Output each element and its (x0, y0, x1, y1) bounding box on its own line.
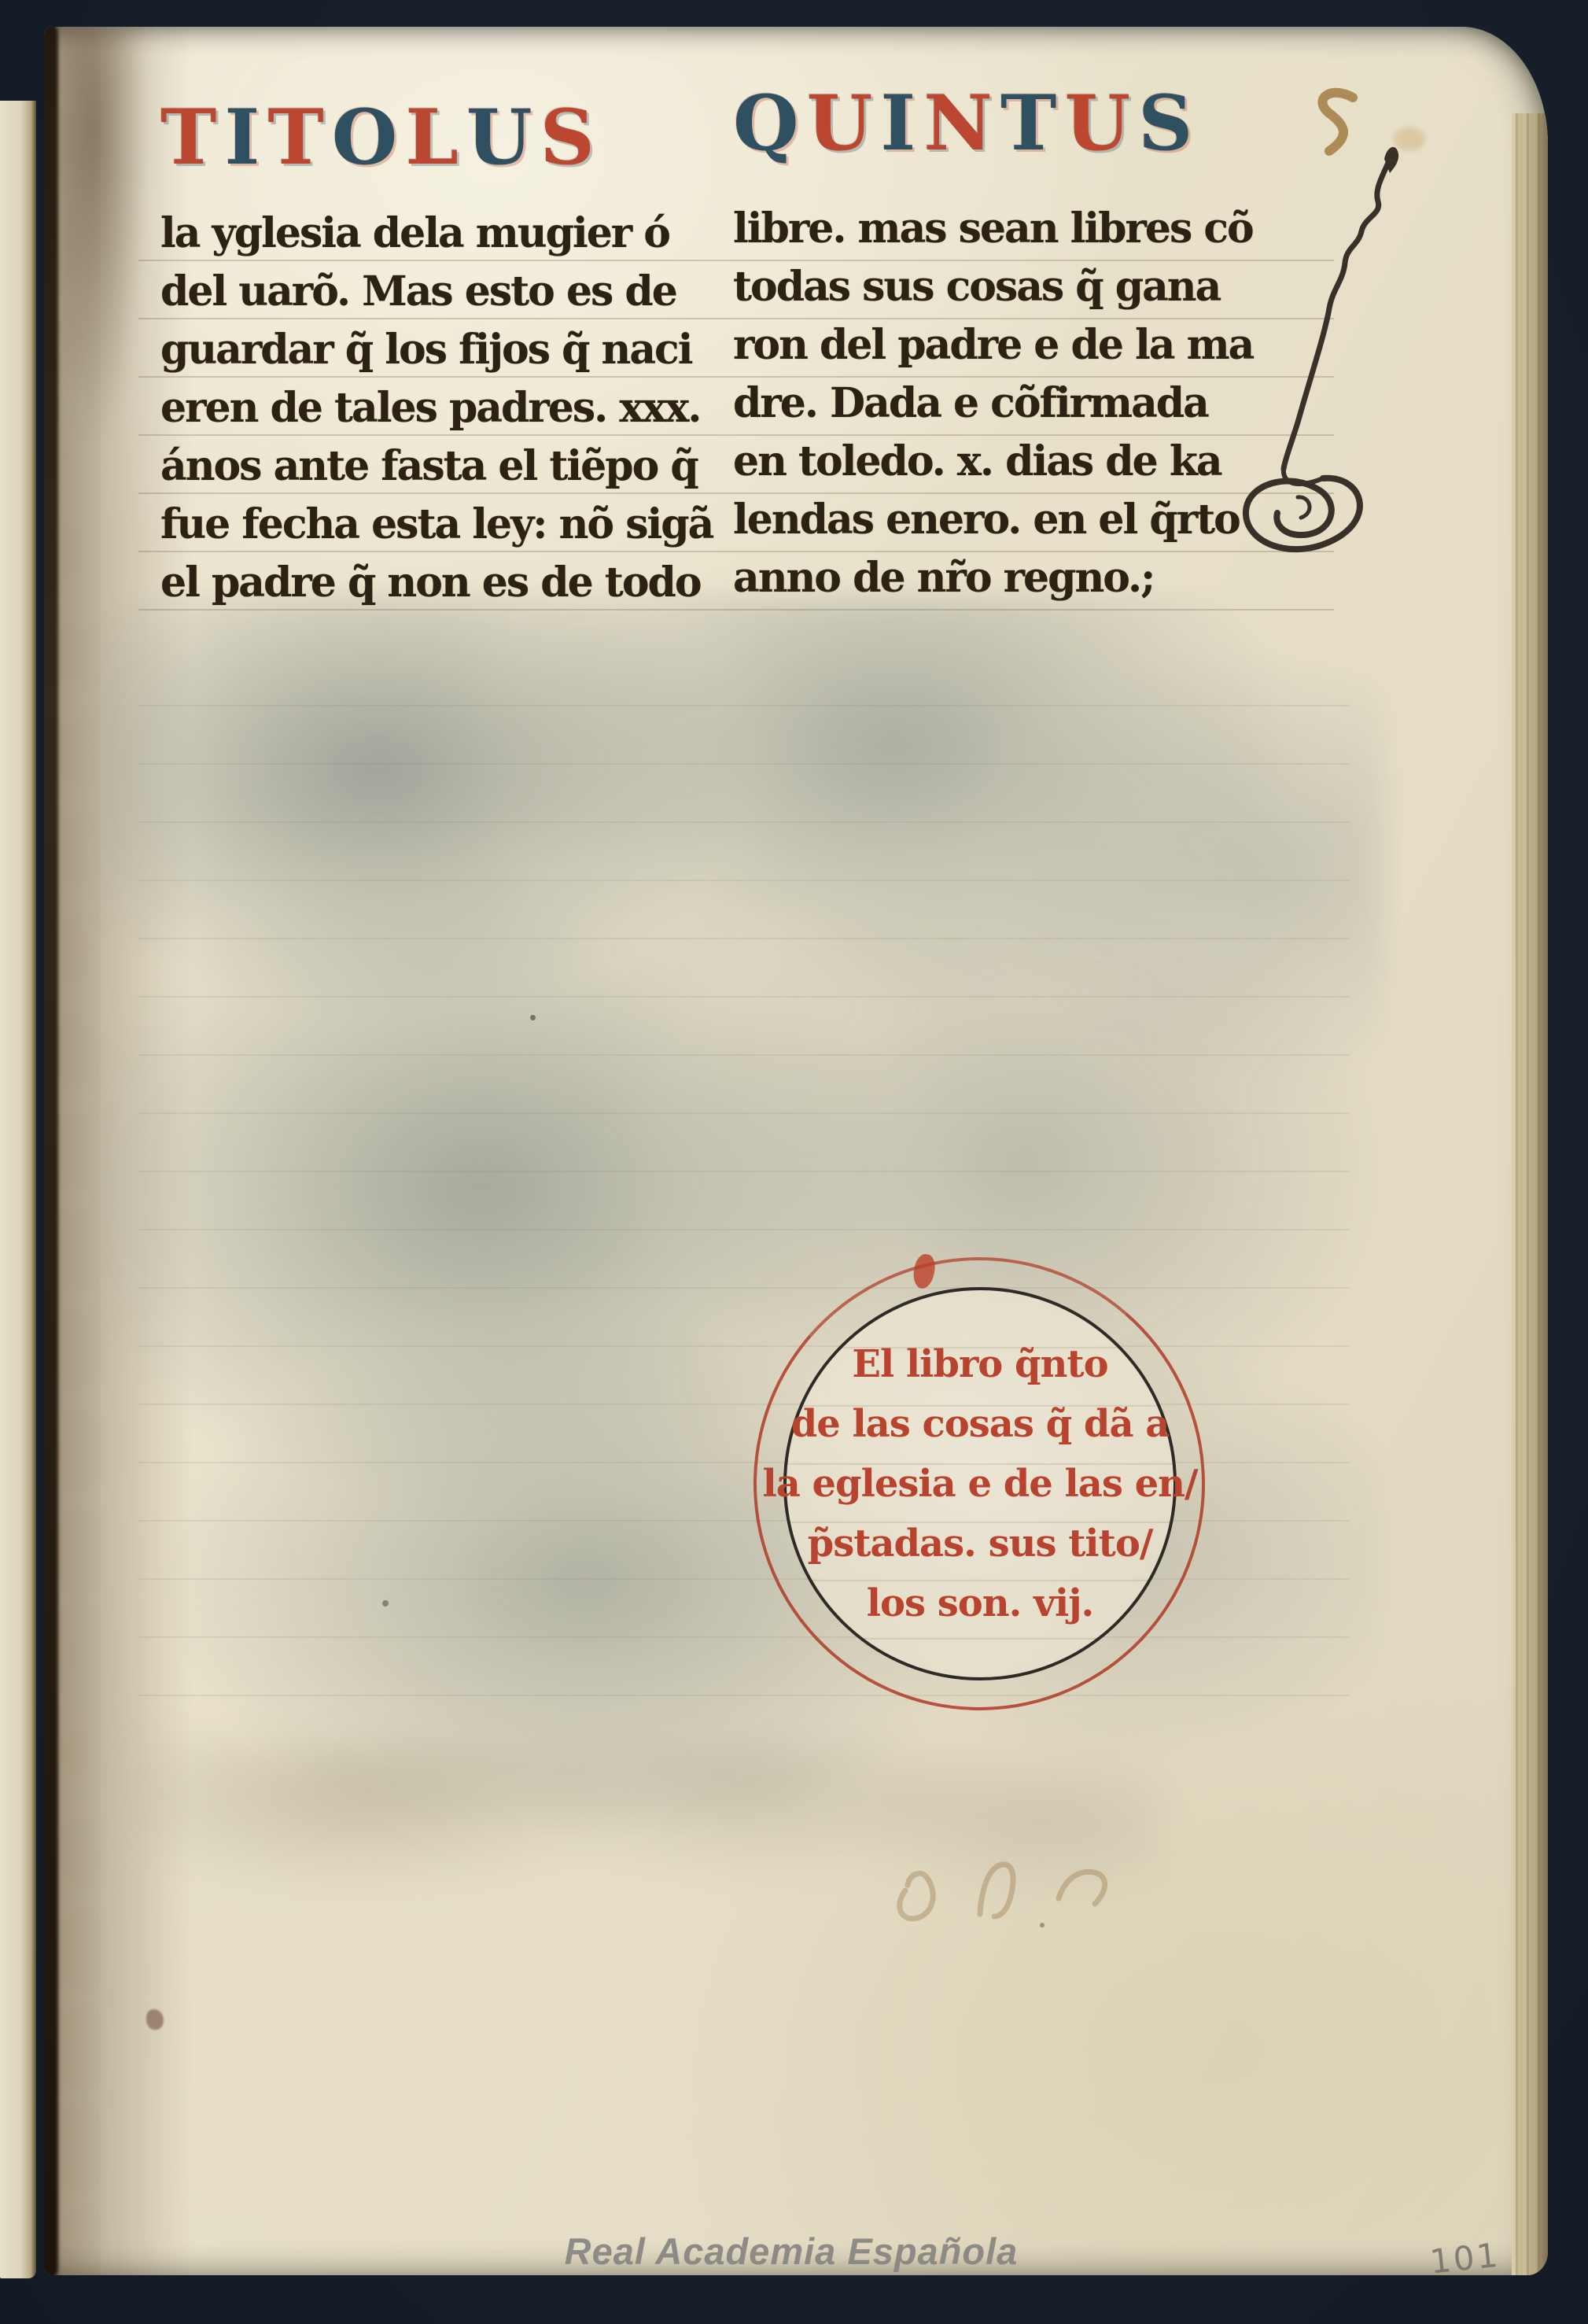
folio-number: 101 (1428, 2235, 1502, 2275)
manuscript-line: ron del padre e de la ma (733, 316, 1253, 374)
decorated-capital: I (880, 79, 923, 168)
decorated-capital: N (923, 79, 1000, 168)
manuscript-line: de las cosas q̃ dã a (762, 1394, 1197, 1454)
pen-flourish-mark (1222, 66, 1474, 585)
manuscript-line: los son. vij. (762, 1573, 1197, 1633)
library-watermark: Real Academia Española (469, 2230, 1114, 2273)
manuscript-line: guardar q̃ los fijos q̃ naci (160, 321, 713, 379)
faint-doodle (862, 1832, 1177, 1950)
gray-wash-stain (94, 598, 1384, 1825)
running-title-left: TITOLUS (160, 93, 602, 182)
manuscript-line: libre. mas sean libres cõ (733, 200, 1253, 258)
decorated-capital: S (1138, 79, 1200, 168)
decorated-capital: T (1000, 79, 1064, 168)
manuscript-line: lendas enero. en el q̃rto (733, 491, 1253, 549)
decorated-capital: L (405, 93, 466, 182)
gray-wash-fade (138, 1742, 1161, 2001)
page-edge-stack (1512, 113, 1548, 2275)
emblem-rubric-text: El libro q̃ntode las cosas q̃ dã ala egl… (762, 1334, 1197, 1633)
text-column-right: libre. mas sean libres cõtodas sus cosas… (733, 200, 1253, 607)
decorated-capital: I (224, 93, 267, 182)
manuscript-photo: TITOLUS QUINTUS la yglesia dela mugier ó… (0, 0, 1588, 2324)
quire-signature-mark (1301, 83, 1376, 165)
ink-speck (530, 1015, 536, 1020)
ink-speck (382, 1600, 389, 1607)
manuscript-line: en toledo. x. dias de ka (733, 433, 1253, 491)
facing-page-edge (0, 101, 36, 2278)
manuscript-line: del uarõ. Mas esto es de (160, 263, 713, 321)
manuscript-line: fue fecha esta ley: nõ sigã (160, 496, 713, 554)
decorated-capital: O (332, 93, 406, 182)
manuscript-line: todas sus cosas q̃ gana (733, 258, 1253, 316)
decorated-capital: U (807, 79, 881, 168)
parchment-stain-spot (1394, 127, 1425, 151)
parchment-page: TITOLUS QUINTUS la yglesia dela mugier ó… (44, 27, 1548, 2275)
manuscript-line: dre. Dada e cõfirmada (733, 374, 1253, 433)
decorated-capital: Q (733, 79, 807, 168)
manuscript-line: ános ante fasta el tiẽpo q̃ (160, 437, 713, 496)
decorated-capital: S (540, 93, 602, 182)
decorated-capital: T (267, 93, 331, 182)
binding-crease (44, 27, 58, 2275)
decorated-capital: U (466, 93, 540, 182)
manuscript-line: la eglesia e de las en/ (762, 1454, 1197, 1514)
manuscript-line: la yglesia dela mugier ó (160, 205, 713, 263)
manuscript-line: p̃stadas. sus tito/ (762, 1514, 1197, 1573)
emblem-inner-black-circle: El libro q̃ntode las cosas q̃ dã ala egl… (783, 1287, 1177, 1680)
decorated-capital: U (1064, 79, 1138, 168)
text-column-left: la yglesia dela mugier ódel uarõ. Mas es… (160, 205, 713, 612)
running-title-right: QUINTUS (733, 79, 1200, 168)
manuscript-line: El libro q̃nto (762, 1334, 1197, 1394)
manuscript-line: eren de tales padres. xxx. (160, 379, 713, 437)
decorated-capital: T (160, 93, 224, 182)
manuscript-line: el padre q̃ non es de todo (160, 554, 713, 612)
ink-speck (1040, 1923, 1045, 1927)
manuscript-line: anno de nr̃o regno.; (733, 549, 1253, 607)
